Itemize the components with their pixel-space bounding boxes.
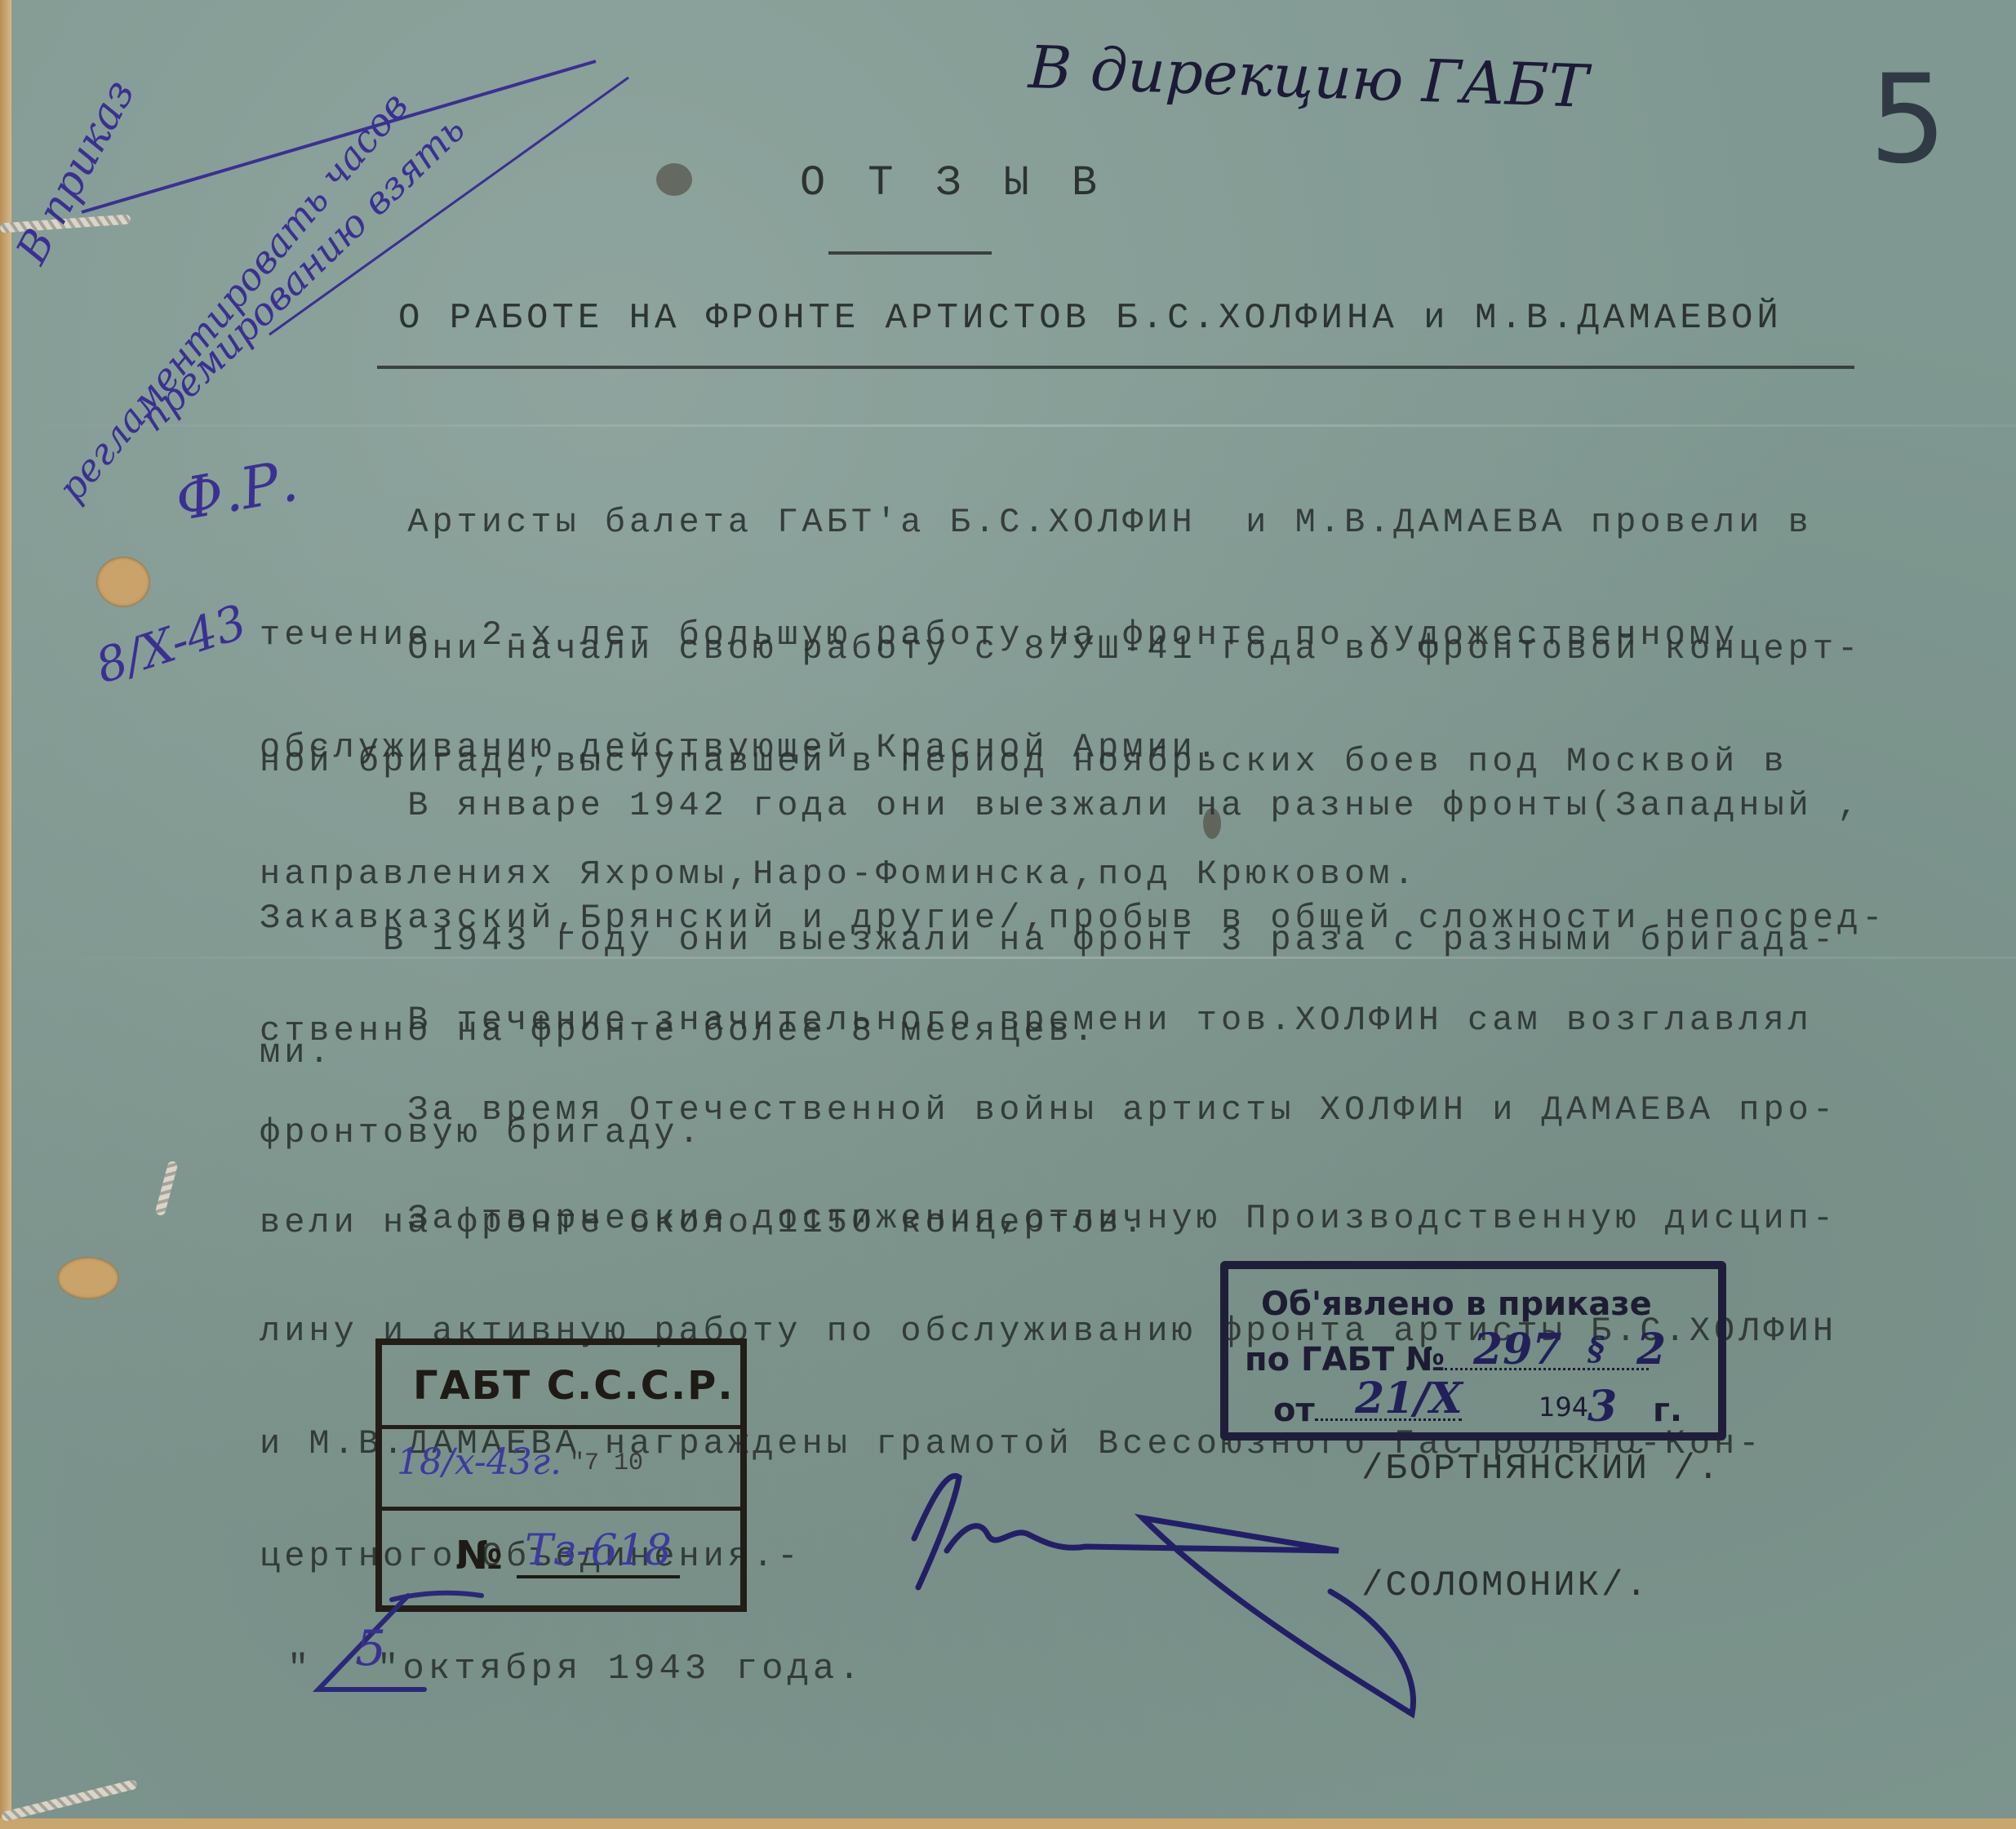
document-subtitle: О РАБОТЕ НА ФРОНТЕ АРТИСТОВ Б.С.ХОЛФИНА …	[398, 298, 1783, 339]
order-year-prefix: 194	[1539, 1392, 1588, 1423]
signatory-name: /БОРТНЯНСКИЙ /.	[1361, 1449, 1721, 1489]
date-line: "октября 1943 года.	[377, 1650, 864, 1688]
stamp-org: ГАБТ С.С.С.Р.	[413, 1363, 735, 1409]
binding-hole	[96, 557, 150, 607]
order-announcement-stamp: Об'явлено в приказе по ГАБТ № 297 § 2 от…	[1220, 1261, 1726, 1441]
order-number: 297	[1473, 1325, 1562, 1374]
paper-fold	[11, 424, 2016, 427]
registration-stamp: ГАБТ С.С.С.Р. 18/x-43г. "7 10 № Тз-618	[375, 1338, 747, 1612]
stamp-number: Тз-618	[517, 1526, 680, 1578]
date-open-quote: "	[287, 1650, 313, 1688]
stamp-divider	[382, 1425, 740, 1429]
order-date: 21/X	[1355, 1374, 1463, 1423]
binding-hole	[57, 1257, 119, 1299]
paper-edge-bottom	[0, 1818, 2016, 1829]
document-title: ОТЗЫВ	[800, 159, 1139, 207]
order-section-sign: §	[1587, 1330, 1605, 1368]
stamp-date-extra: "7 10	[570, 1449, 643, 1477]
body-line: За время Отечественной войны артисты ХОЛ…	[260, 1091, 1998, 1129]
signatory-name: /СОЛОМОНИК/.	[1361, 1565, 1650, 1606]
subtitle-underline	[377, 366, 1854, 369]
stamp-date: 18/x-43г.	[397, 1441, 562, 1483]
paper-edge-left	[0, 0, 11, 1829]
order-paragraph: 2	[1636, 1325, 1666, 1374]
ink-stain	[656, 163, 692, 196]
stamp-divider	[382, 1507, 740, 1511]
order-year: 3	[1587, 1382, 1617, 1432]
body-line: В январе 1942 года они выезжали на разны…	[260, 787, 1998, 824]
title-underline	[828, 251, 992, 255]
stamp-line-1: Об'явлено в приказе	[1261, 1285, 1652, 1323]
stamp-number-label: №	[455, 1533, 503, 1578]
page-number: 5	[1869, 49, 1947, 191]
order-year-suffix: г.	[1653, 1392, 1682, 1429]
body-line: Артисты балета ГАБТ'а Б.С.ХОЛФИН и М.В.Д…	[260, 504, 1998, 541]
body-line: За творческие достижения,отличную Произв…	[260, 1200, 1998, 1237]
body-line: Они начали свою работу с 8/УШ-41 года во…	[260, 630, 1998, 668]
stamp-line-3-label: от	[1273, 1392, 1315, 1429]
